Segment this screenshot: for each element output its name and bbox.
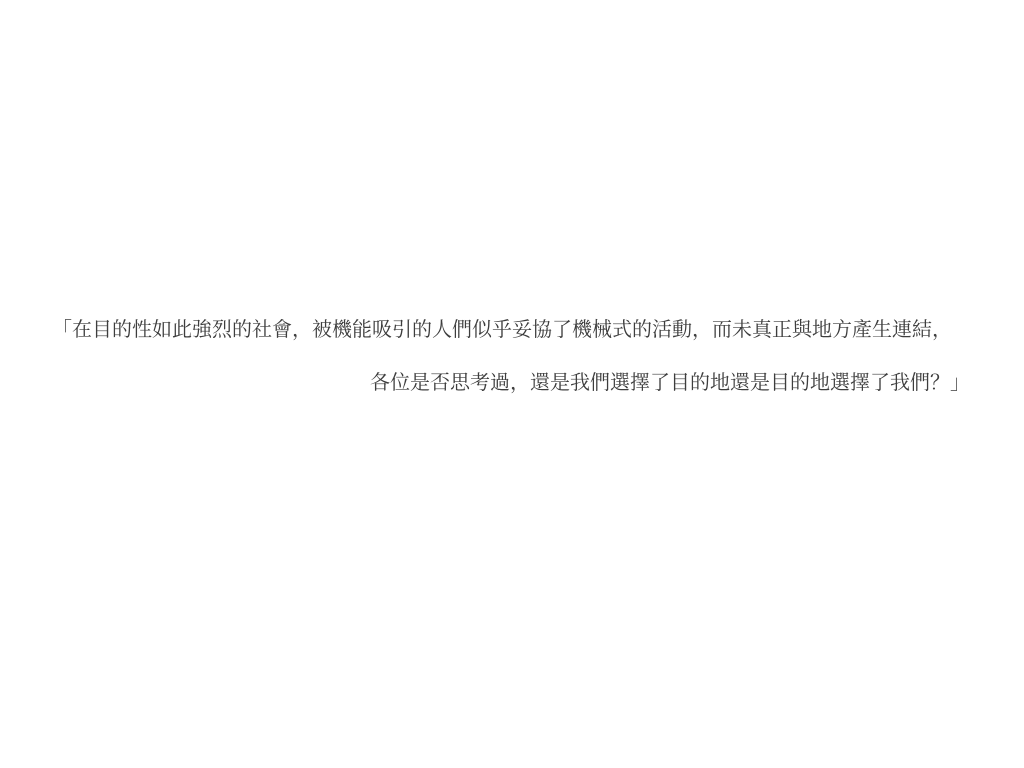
quote-line-2: 各位是否思考過，還是我們選擇了目的地還是目的地選擇了我們？」 bbox=[370, 371, 970, 395]
slide-canvas: 「在目的性如此強烈的社會，被機能吸引的人們似乎妥協了機械式的活動，而未真正與地方… bbox=[0, 0, 1024, 768]
quote-line-1: 「在目的性如此強烈的社會，被機能吸引的人們似乎妥協了機械式的活動，而未真正與地方… bbox=[52, 318, 952, 342]
